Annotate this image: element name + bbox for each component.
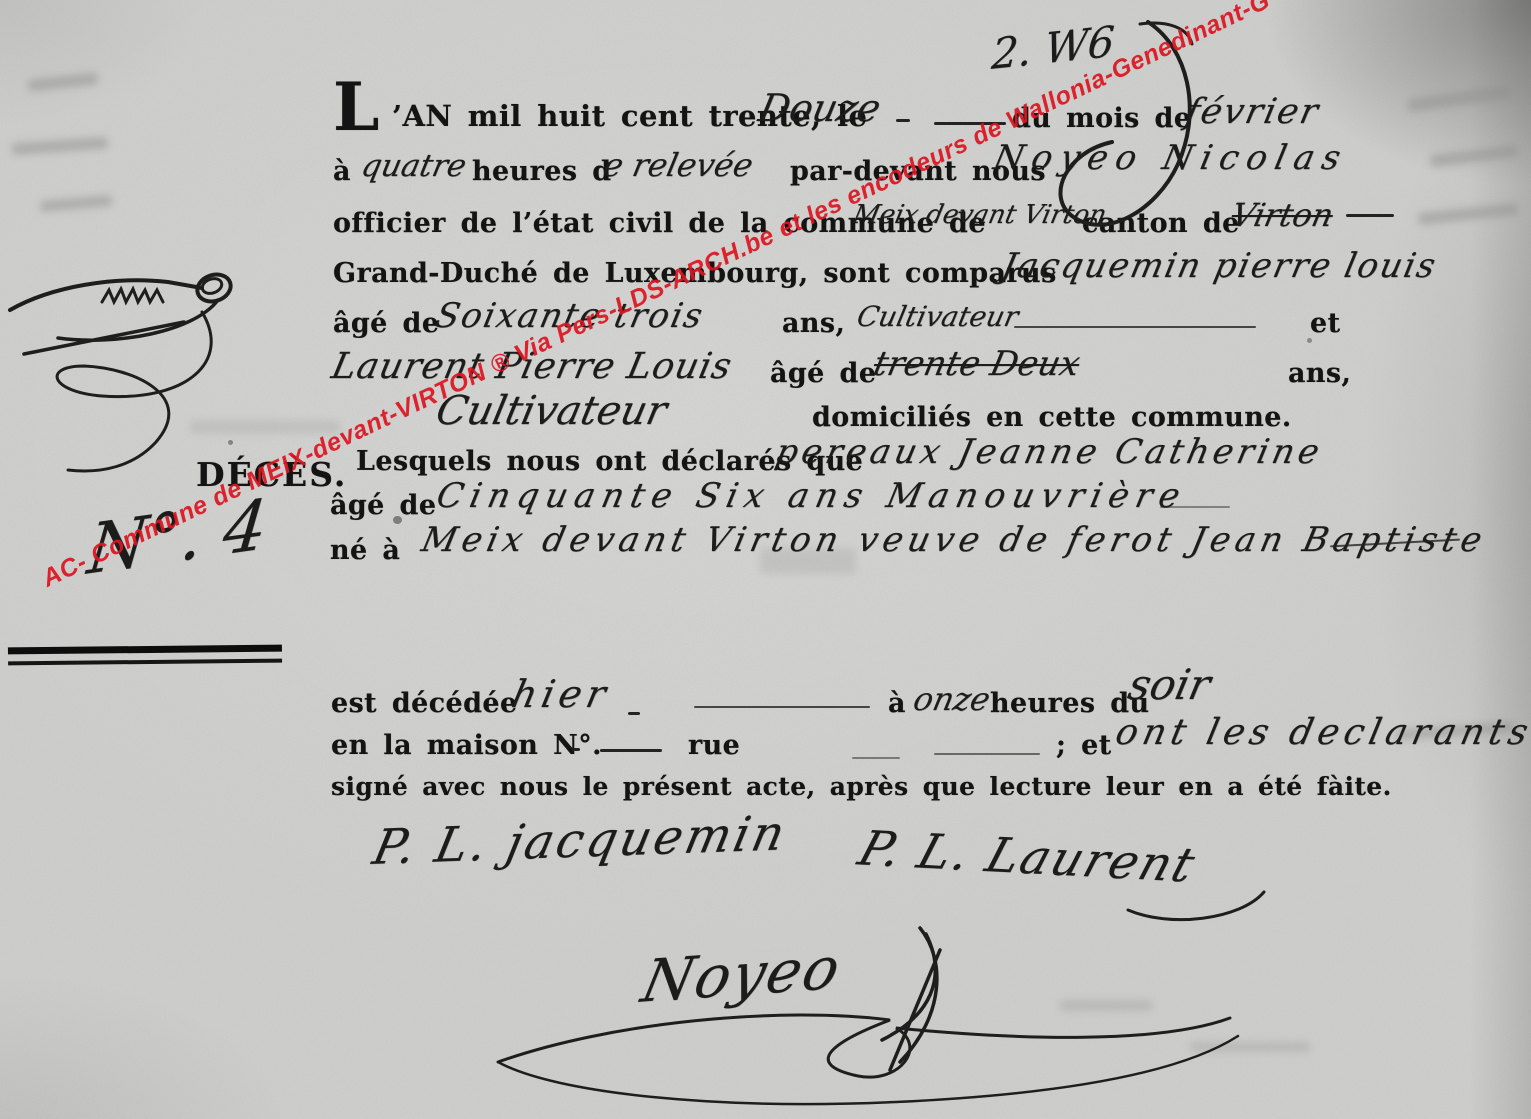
hand-age2: trente Deux [870,344,1083,384]
printed-l11b: à [888,688,906,719]
faint-dash [852,757,900,759]
hand-hour: quatre [358,148,470,184]
dash-line [694,706,870,708]
death-act-scan: 2. W6 DÉCÈS. N°. 4 L ’AN mil huit cent t… [0,0,1531,1119]
hand-declarants-signed: ont les declarants [1112,712,1531,753]
hand-deceased-age: Cinquante Six ans Manouvrière [433,476,1190,516]
dropcap-L: L [333,74,380,140]
printed-l7a: domiciliés en cette commune. [812,402,1292,433]
printed-l5c: et [1310,308,1340,339]
hand-death-hour: onze [910,680,994,718]
printed-l5a: âgé de [333,308,439,339]
faint-dash [1160,506,1230,508]
hand-relevee: e relevée [600,146,757,184]
bleed-mark [1418,203,1519,225]
dash-line [934,753,1040,755]
bleed-mark [1430,145,1519,168]
officer-flourish [460,1000,1270,1118]
bleed-mark [1408,85,1513,112]
printed-l13: signé avec nous le présent acte, après q… [331,772,1392,801]
printed-l9a: âgé de [330,490,436,521]
bleed-mark [40,195,113,212]
printed-l5b: ans, [782,308,845,339]
printed-l6a: âgé de [770,358,876,389]
printed-l10a: né à [330,535,400,566]
printed-l2a: à [333,156,351,187]
margin-double-rule [8,645,282,666]
printed-l6b: ans, [1288,358,1351,389]
hand-birthplace-widow: Meix devant Virton veuve de ferot Jean B… [418,520,1490,560]
dash-line [628,712,640,715]
hand-day: Douze [755,86,885,130]
hand-deceased-name: pereaux Jeanne Catherine [772,432,1327,472]
printed-l2b: heures d [472,156,612,187]
bleed-mark [28,72,99,91]
signature-witness1: P. L. jacquemin [368,805,792,876]
dash-line [600,749,662,752]
hand-time-of-day: soir [1124,660,1215,709]
bleed-mark [12,137,109,156]
printed-l12b: rue [688,730,740,761]
printed-l12c: ; et [1056,730,1112,761]
dash-line [1014,326,1256,328]
margin-flourish [6,246,256,476]
hand-profession1: Cultivateur [854,300,1021,333]
printed-l12a: en la maison N°. [331,730,602,761]
dash-line [572,748,580,751]
dash-line [1346,214,1394,217]
hand-death-day: hier [508,672,615,716]
printed-l11a: est décédée [331,688,518,719]
hand-declarant1: Jacquemin pierre louis [998,246,1441,286]
signature-underline [1120,880,1270,930]
dash-line [896,119,910,122]
